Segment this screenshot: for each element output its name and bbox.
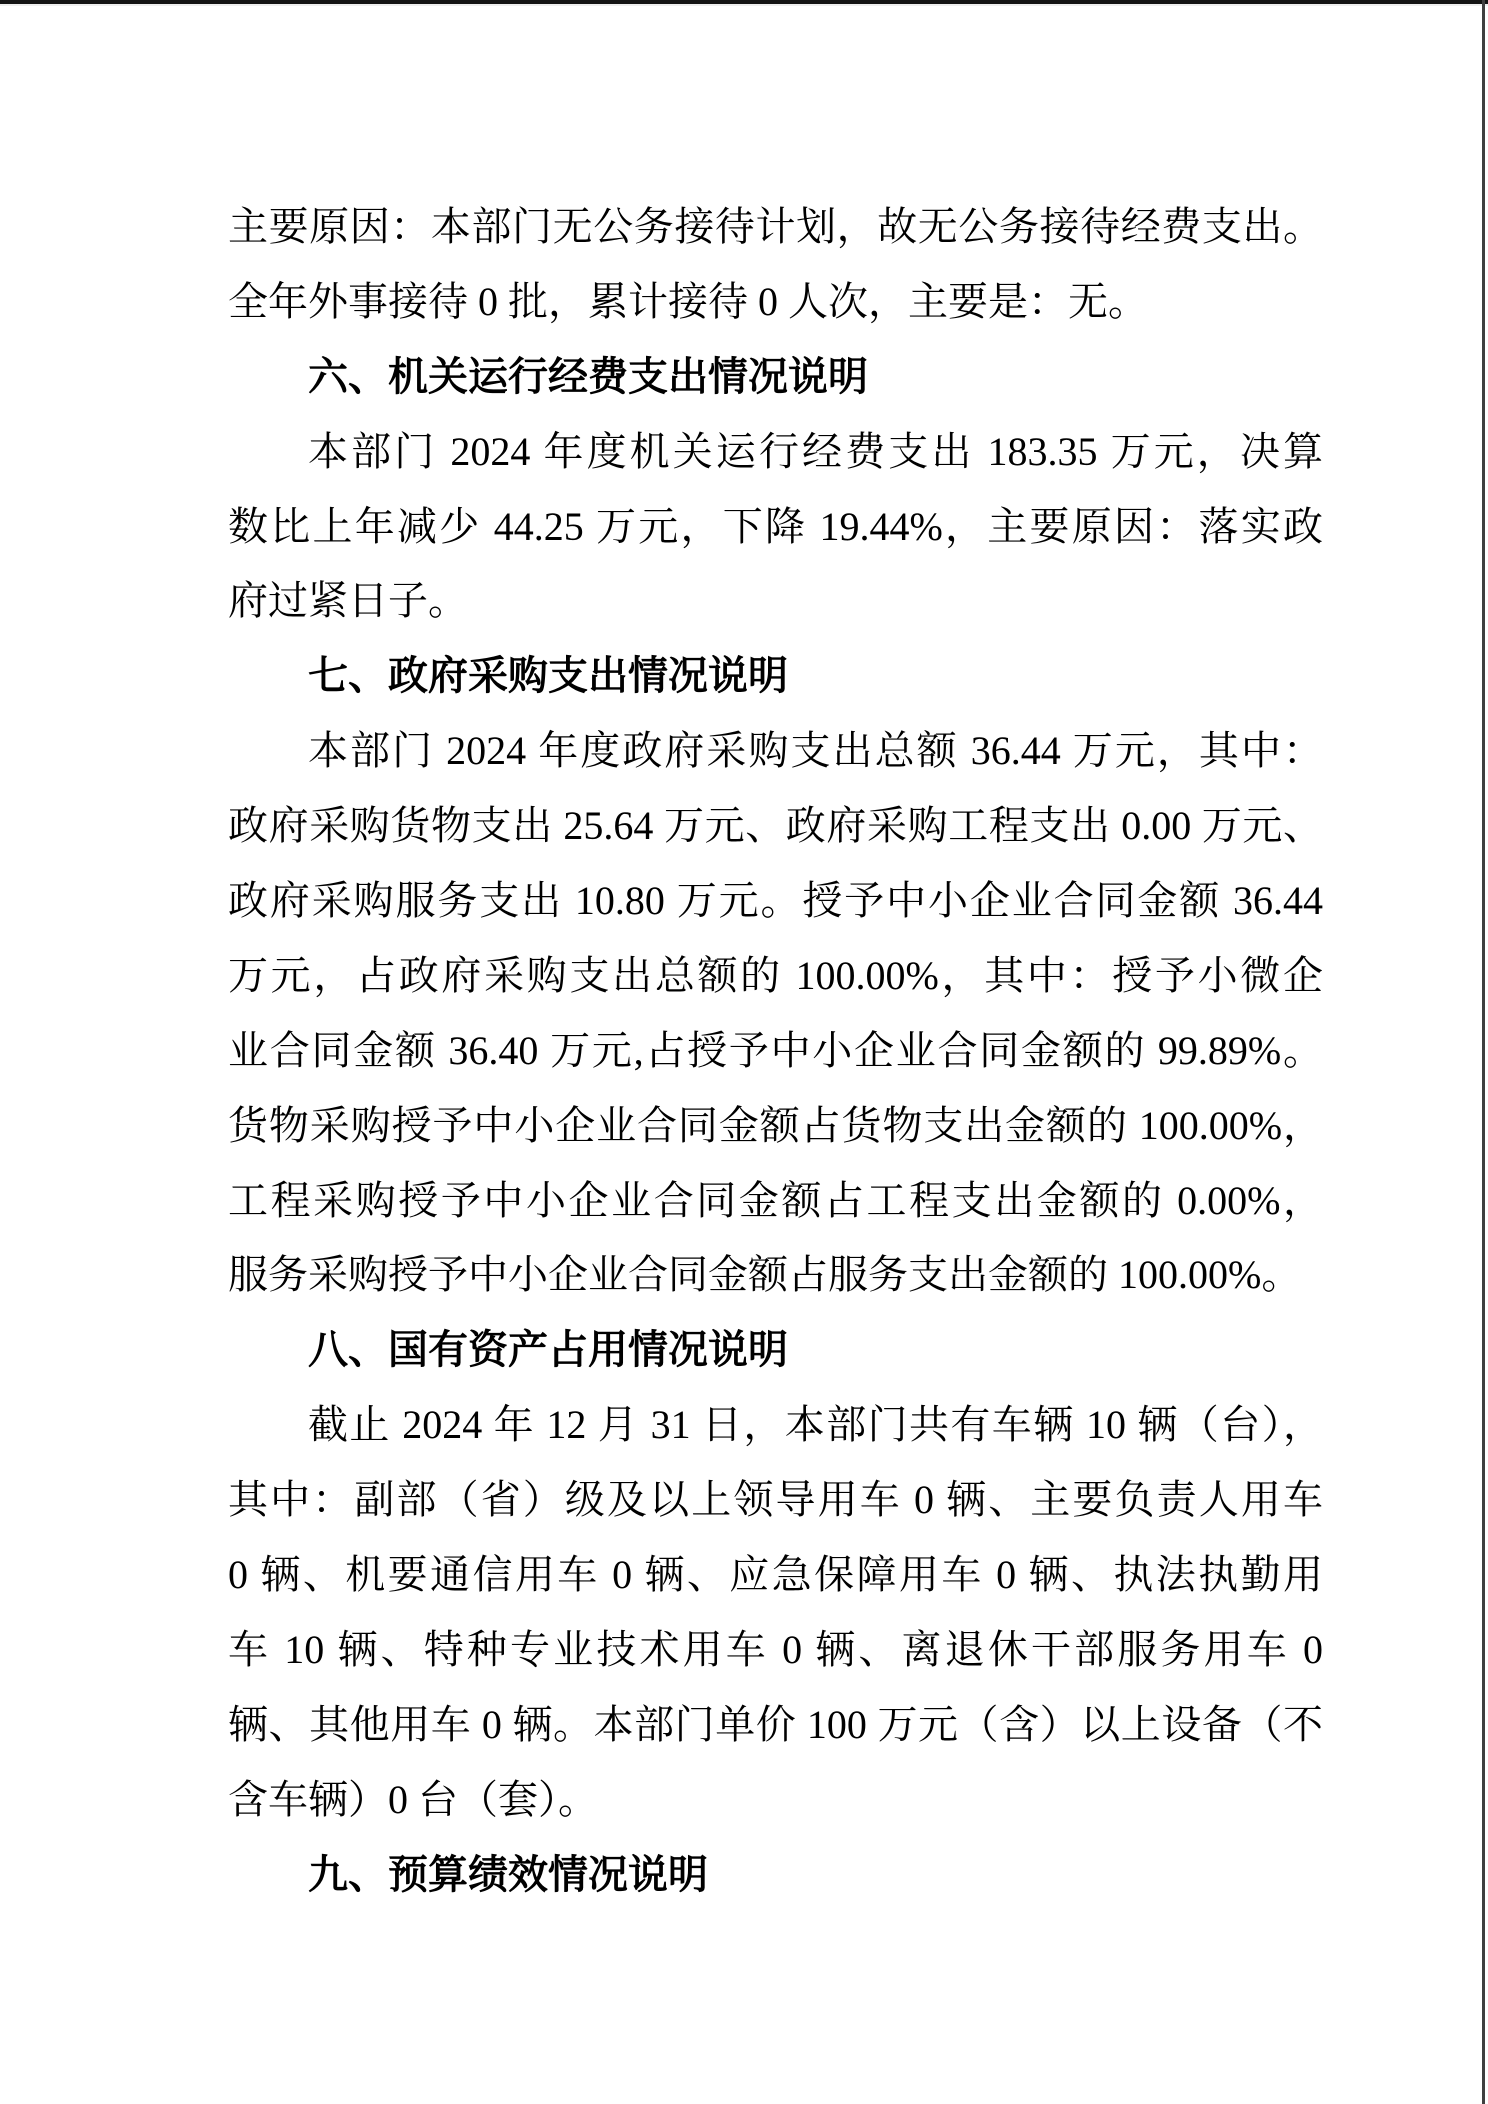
- page-top-edge-shadow: [0, 4, 1488, 6]
- text-line: 本部门 2024 年度政府采购支出总额 36.44 万元，其中：: [228, 714, 1323, 789]
- text-line: 全年外事接待 0 批，累计接待 0 人次，主要是：无。: [228, 265, 1323, 340]
- page-right-edge-line: [1482, 0, 1485, 2104]
- section-heading-7: 七、政府采购支出情况说明: [228, 639, 1323, 714]
- text-line: 其中：副部（省）级及以上领导用车 0 辆、主要负责人用车: [228, 1463, 1323, 1538]
- text-line: 辆、其他用车 0 辆。本部门单价 100 万元（含）以上设备（不: [228, 1688, 1323, 1763]
- text-line: 0 辆、机要通信用车 0 辆、应急保障用车 0 辆、执法执勤用: [228, 1538, 1323, 1613]
- text-line: 含车辆）0 台（套）。: [228, 1763, 1323, 1838]
- text-line: 政府采购服务支出 10.80 万元。授予中小企业合同金额 36.44: [228, 864, 1323, 939]
- text-line: 万元，占政府采购支出总额的 100.00%，其中：授予小微企: [228, 939, 1323, 1014]
- text-line: 货物采购授予中小企业合同金额占货物支出金额的 100.00%，: [228, 1089, 1323, 1164]
- text-line: 本部门 2024 年度机关运行经费支出 183.35 万元，决算: [228, 415, 1323, 490]
- text-line: 截止 2024 年 12 月 31 日，本部门共有车辆 10 辆（台），: [228, 1388, 1323, 1463]
- document-text-block: 主要原因：本部门无公务接待计划，故无公务接待经费支出。 全年外事接待 0 批，累…: [228, 190, 1323, 1912]
- text-line: 服务采购授予中小企业合同金额占服务支出金额的 100.00%。: [228, 1238, 1323, 1313]
- text-line: 主要原因：本部门无公务接待计划，故无公务接待经费支出。: [228, 190, 1323, 265]
- text-line: 府过紧日子。: [228, 564, 1323, 639]
- section-heading-9: 九、预算绩效情况说明: [228, 1838, 1323, 1913]
- section-heading-6: 六、机关运行经费支出情况说明: [228, 340, 1323, 415]
- text-line: 工程采购授予中小企业合同金额占工程支出金额的 0.00%，: [228, 1164, 1323, 1239]
- text-line: 业合同金额 36.40 万元,占授予中小企业合同金额的 99.89%。: [228, 1014, 1323, 1089]
- section-heading-8: 八、国有资产占用情况说明: [228, 1313, 1323, 1388]
- text-line: 车 10 辆、特种专业技术用车 0 辆、离退休干部服务用车 0: [228, 1613, 1323, 1688]
- text-line: 政府采购货物支出 25.64 万元、政府采购工程支出 0.00 万元、: [228, 789, 1323, 864]
- document-page: 主要原因：本部门无公务接待计划，故无公务接待经费支出。 全年外事接待 0 批，累…: [0, 0, 1488, 2104]
- text-line: 数比上年减少 44.25 万元，下降 19.44%，主要原因：落实政: [228, 490, 1323, 565]
